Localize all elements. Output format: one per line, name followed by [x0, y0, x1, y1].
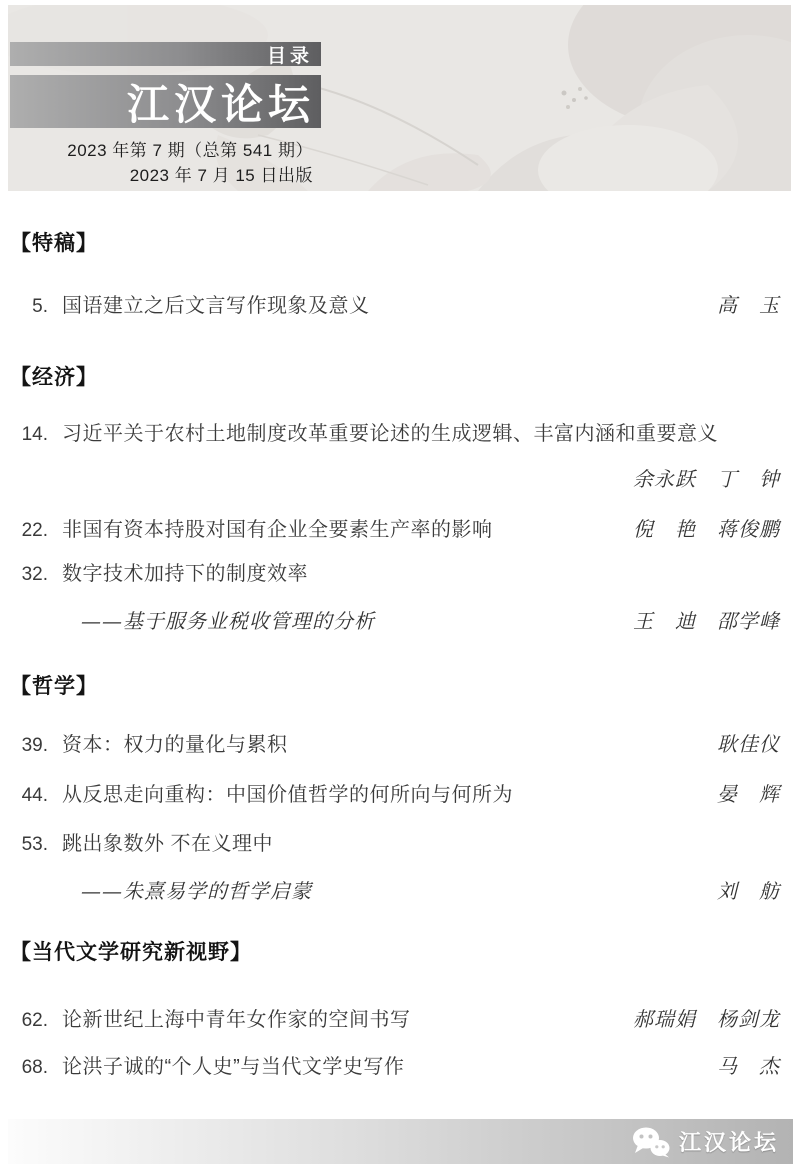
page-number: 32. [18, 562, 48, 588]
article-title: 跳出象数外 不在义理中 [62, 831, 273, 857]
page-number: 68. [18, 1055, 48, 1081]
toc-item: 22. 非国有资本持股对国有企业全要素生产率的影响 倪 艳 蒋俊鹏 [18, 516, 780, 544]
article-authors: 余永跃 丁 钟 [633, 466, 780, 492]
publish-date: 2023 年 7 月 15 日出版 [8, 161, 313, 186]
toc-item: 68. 论洪子诚的“个人史”与当代文学史写作 马 杰 [18, 1053, 780, 1081]
toc-banner: 目录 [10, 42, 321, 66]
page-number: 39. [18, 733, 48, 759]
article-title: 论新世纪上海中青年女作家的空间书写 [62, 1007, 411, 1033]
article-authors: 王 迪 邵学峰 [633, 608, 780, 634]
toc-item: 44. 从反思走向重构：中国价值哲学的何所向与何所为 晏 辉 [18, 781, 780, 809]
article-title: 论洪子诚的“个人史”与当代文学史写作 [62, 1054, 404, 1080]
article-authors: 马 杰 [717, 1053, 780, 1079]
toc-item: 53. 跳出象数外 不在义理中 [18, 831, 780, 858]
toc-item-authors-line: 余永跃 丁 钟 [18, 466, 780, 492]
toc-item-subtitle-line: ——朱熹易学的哲学启蒙 刘 舫 [18, 878, 780, 904]
article-title: 资本：权力的量化与累积 [62, 732, 288, 758]
toc-item: 32. 数字技术加持下的制度效率 [18, 561, 780, 588]
footer-brand-bar: 江汉论坛 [8, 1119, 793, 1164]
toc-item: 39. 资本：权力的量化与累积 耿佳仪 [18, 731, 780, 759]
article-authors: 倪 艳 蒋俊鹏 [633, 516, 780, 542]
article-title: 习近平关于农村土地制度改革重要论述的生成逻辑、丰富内涵和重要意义 [62, 421, 718, 447]
article-subtitle: ——基于服务业税收管理的分析 [81, 608, 375, 634]
issue-number: 2023 年第 7 期（总第 541 期） [8, 136, 313, 161]
toc-item: 14. 习近平关于农村土地制度改革重要论述的生成逻辑、丰富内涵和重要意义 [18, 421, 780, 448]
toc-page: 目录 江汉论坛 2023 年第 7 期（总第 541 期） 2023 年 7 月… [0, 0, 799, 1170]
article-subtitle: ——朱熹易学的哲学启蒙 [81, 878, 312, 904]
article-authors: 高 玉 [717, 292, 780, 318]
page-number: 62. [18, 1008, 48, 1034]
article-title: 从反思走向重构：中国价值哲学的何所向与何所为 [62, 782, 513, 808]
page-number: 5. [18, 294, 48, 320]
section-title-jingji: 【经济】 [10, 361, 98, 391]
section-title-dangdai-wenxue: 【当代文学研究新视野】 [10, 936, 252, 966]
article-authors: 耿佳仪 [717, 731, 780, 757]
article-title: 国语建立之后文言写作现象及意义 [62, 293, 370, 319]
journal-name: 江汉论坛 [127, 72, 315, 132]
section-title-zhexue: 【哲学】 [10, 670, 98, 700]
toc-item: 62. 论新世纪上海中青年女作家的空间书写 郝瑞娟 杨剑龙 [18, 1006, 780, 1034]
article-title: 非国有资本持股对国有企业全要素生产率的影响 [62, 517, 493, 543]
article-title: 数字技术加持下的制度效率 [62, 561, 308, 587]
toc-item-subtitle-line: ——基于服务业税收管理的分析 王 迪 邵学峰 [18, 608, 780, 634]
article-authors: 郝瑞娟 杨剑龙 [633, 1006, 780, 1032]
page-number: 22. [18, 518, 48, 544]
footer-brand-name: 江汉论坛 [679, 1126, 779, 1157]
section-title-tegao: 【特稿】 [10, 227, 98, 257]
page-number: 53. [18, 832, 48, 858]
page-number: 14. [18, 422, 48, 448]
toc-item: 5. 国语建立之后文言写作现象及意义 高 玉 [18, 292, 780, 320]
article-authors: 刘 舫 [717, 878, 780, 904]
toc-label: 目录 [267, 41, 313, 68]
page-number: 44. [18, 783, 48, 809]
article-authors: 晏 辉 [717, 781, 780, 807]
wechat-icon [632, 1126, 670, 1158]
journal-title-banner: 江汉论坛 [10, 75, 321, 128]
journal-header: 目录 江汉论坛 2023 年第 7 期（总第 541 期） 2023 年 7 月… [8, 5, 791, 191]
